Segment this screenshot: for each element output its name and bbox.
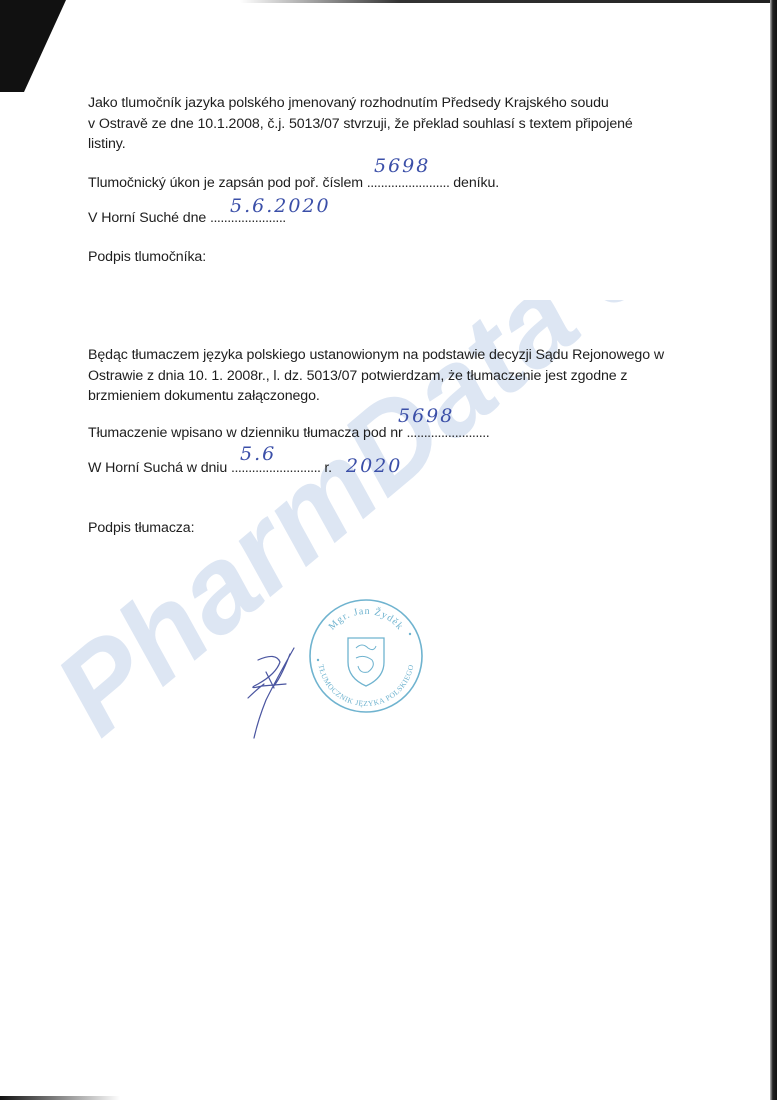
polish-attestation: Będąc tłumaczem języka polskiego ustanow… — [88, 345, 664, 407]
handwritten-year: 2020 — [346, 455, 402, 477]
polish-attestation-line: Będąc tłumaczem języka polskiego ustanow… — [88, 345, 664, 366]
polish-attestation-line: Ostrawie z dnia 10. 1. 2008r., l. dz. 50… — [88, 366, 664, 387]
handwritten-record-number: 5698 — [374, 155, 430, 177]
czech-attestation-line: v Ostravě ze dne 10.1.2008, č.j. 5013/07… — [88, 114, 633, 135]
czech-attestation-line: Jako tlumočník jazyka polského jmenovaný… — [88, 93, 633, 114]
official-stamp: Mgr. Jan Žyděk TŁUMOCZNIK JĘZYKA POLSKIE… — [306, 596, 426, 716]
polish-place-date-line: W Horní Suchá w dniu ...................… — [88, 458, 332, 479]
svg-text:Mgr. Jan Žyděk: Mgr. Jan Žyděk — [327, 606, 406, 633]
handwritten-record-number: 5698 — [398, 405, 454, 427]
handwritten-signature — [236, 640, 306, 740]
polish-signature-label: Podpis tłumacza: — [88, 518, 194, 539]
scan-border-bottom — [0, 1096, 120, 1100]
coat-of-arms-icon — [348, 638, 384, 686]
czech-attestation: Jako tlumočník jazyka polského jmenovaný… — [88, 93, 633, 155]
polish-attestation-line: brzmieniem dokumentu załączonego. — [88, 386, 664, 407]
scan-border-right — [770, 0, 777, 1100]
czech-record-line: Tlumočnický úkon je zapsán pod poř. čísl… — [88, 173, 499, 194]
handwritten-date: 5.6 — [240, 443, 276, 465]
czech-attestation-line: listiny. — [88, 134, 633, 155]
scan-border-left — [0, 0, 66, 92]
handwritten-date: 5.6.2020 — [230, 195, 331, 217]
czech-signature-label: Podpis tlumočníka: — [88, 247, 206, 268]
scan-border-top — [240, 0, 770, 3]
